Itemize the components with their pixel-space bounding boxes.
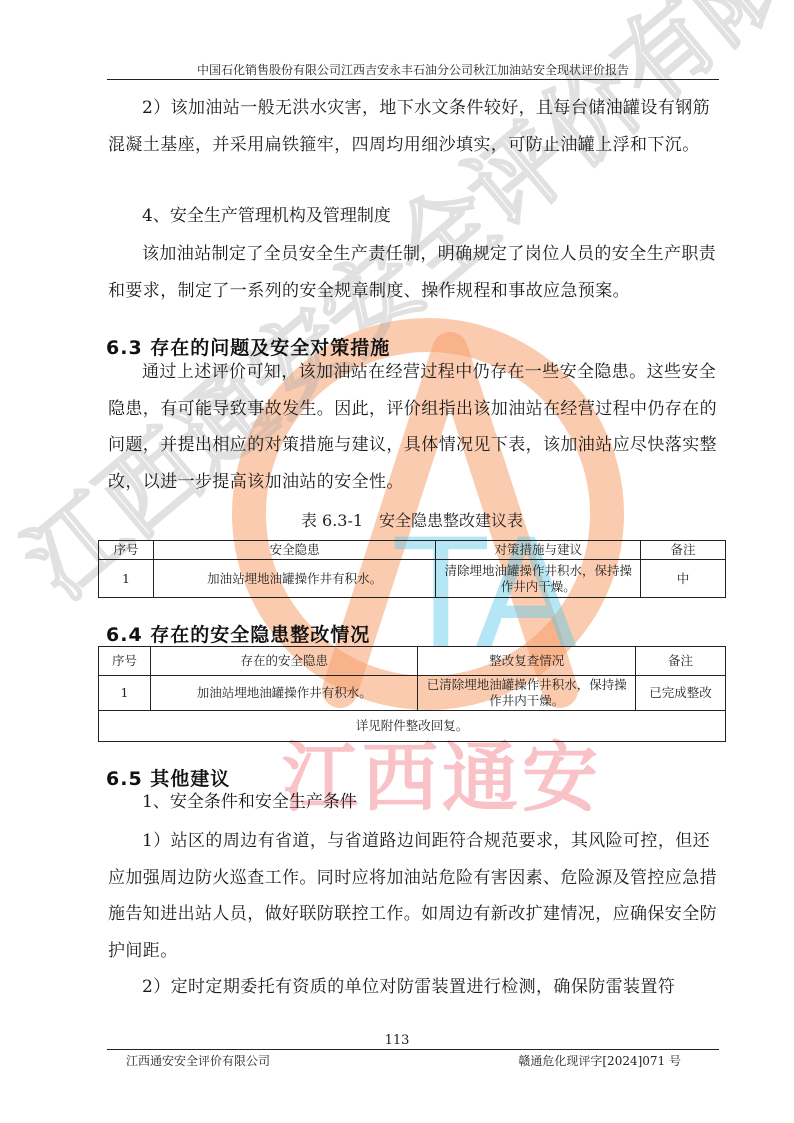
cell-note: 详见附件整改回复。 <box>99 711 726 742</box>
cell-remark: 已完成整改 <box>636 676 726 711</box>
cell-remark: 中 <box>641 560 726 598</box>
running-header: 中国石化销售股份有限公司江西吉安永丰石油分公司秋江加油站安全现状评价报告 <box>107 61 719 78</box>
col-header-existing-hazard: 存在的安全隐患 <box>150 647 418 676</box>
cell-index: 1 <box>99 676 151 711</box>
table-header-row: 序号 存在的安全隐患 整改复查情况 备注 <box>99 647 726 676</box>
cell-measures: 清除埋地油罐操作井积水，保持操作井内干燥。 <box>436 560 641 598</box>
section-heading-6-4: 6.4 存在的安全隐患整改情况 <box>106 620 370 647</box>
table-note-row: 详见附件整改回复。 <box>99 711 726 742</box>
paragraph-flood: 2）该加油站一般无洪水灾害，地下水文条件较好，且每台储油罐设有钢筋混凝土基座，并… <box>108 90 720 163</box>
col-header-measures: 对策措施与建议 <box>436 541 641 560</box>
header-divider <box>107 79 719 80</box>
document-page: TA 江西通安安全评价有限公司 江西通安 中国石化销售股份有限公司江西吉安永丰石… <box>0 0 794 1123</box>
paragraph-6-3: 通过上述评价可知，该加油站在经营过程中仍存在一些安全隐患。这些安全隐患，有可能导… <box>108 354 720 500</box>
paragraph-6-5-2: 2）定时定期委托有资质的单位对防雷装置进行检测，确保防雷装置符 <box>108 969 720 1006</box>
col-header-index: 序号 <box>99 541 154 560</box>
table-row: 1 加油站埋地油罐操作井有积水。 已清除埋地油罐操作井积水，保持操作井内干燥。 … <box>99 676 726 711</box>
col-header-review: 整改复查情况 <box>418 647 636 676</box>
cell-hazard: 加油站埋地油罐操作井有积水。 <box>153 560 436 598</box>
paragraph-6-5-1: 1）站区的周边有省道，与省道路边间距符合规范要求，其风险可控，但还应加强周边防火… <box>108 823 720 969</box>
table-hazard-recommendations: 序号 安全隐患 对策措施与建议 备注 1 加油站埋地油罐操作井有积水。 清除埋地… <box>98 540 726 598</box>
cell-index: 1 <box>99 560 154 598</box>
cell-review: 已清除埋地油罐操作井积水，保持操作井内干燥。 <box>418 676 636 711</box>
footer-divider <box>107 1049 719 1050</box>
col-header-index: 序号 <box>99 647 151 676</box>
table-caption-6-3-1: 表 6.3-1 安全隐患整改建议表 <box>98 508 726 531</box>
paragraph-management: 该加油站制定了全员安全生产责任制，明确规定了岗位人员的安全生产职责和要求，制定了… <box>108 236 720 309</box>
col-header-hazard: 安全隐患 <box>153 541 436 560</box>
page-number: 113 <box>0 1033 794 1048</box>
item-4-title: 4、安全生产管理机构及管理制度 <box>142 201 391 231</box>
cell-existing-hazard: 加油站埋地油罐操作井有积水。 <box>150 676 418 711</box>
table-row: 1 加油站埋地油罐操作井有积水。 清除埋地油罐操作井积水，保持操作井内干燥。 中 <box>99 560 726 598</box>
col-header-remark: 备注 <box>636 647 726 676</box>
table-header-row: 序号 安全隐患 对策措施与建议 备注 <box>99 541 726 560</box>
footer-company: 江西通安安全评价有限公司 <box>126 1052 270 1069</box>
page-content: 中国石化销售股份有限公司江西吉安永丰石油分公司秋江加油站安全现状评价报告 2）该… <box>0 0 794 1123</box>
col-header-remark: 备注 <box>641 541 726 560</box>
footer-document-number: 赣通危化现评字[2024]071 号 <box>518 1052 681 1069</box>
table-rectification-status: 序号 存在的安全隐患 整改复查情况 备注 1 加油站埋地油罐操作井有积水。 已清… <box>98 646 726 742</box>
item-1-title: 1、安全条件和安全生产条件 <box>142 787 357 817</box>
